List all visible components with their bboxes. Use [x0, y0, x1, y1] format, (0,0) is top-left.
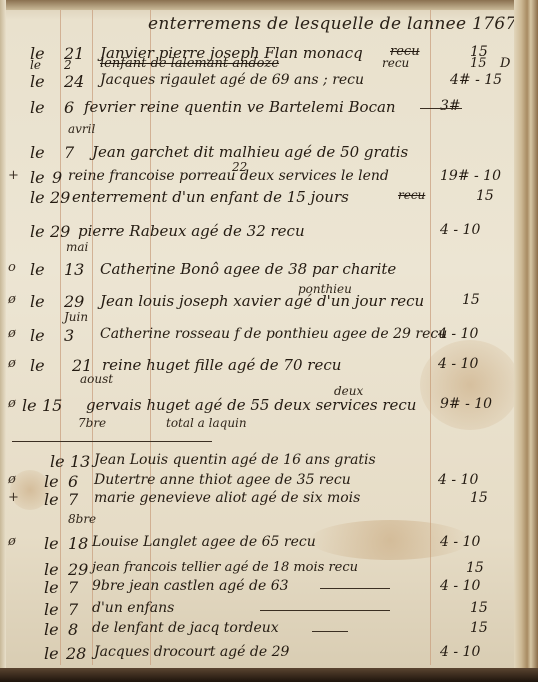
entry-row: ø le 21 reine huget fille agé de 70 recu… — [0, 356, 520, 378]
entry-desc: reine francoise porreau deux services le… — [68, 168, 389, 184]
margin-mark: ø — [8, 472, 16, 487]
entry-desc: Louise Langlet agee de 65 recu — [92, 534, 316, 550]
entry-fee: 3# — [440, 98, 461, 114]
entry-desc: 9bre jean castlen agé de 63 — [92, 578, 289, 594]
entry-row: le 29 enterrement d'un enfant de 15 jour… — [0, 188, 520, 210]
margin-mark: + — [8, 168, 19, 183]
entry-row: o le 13 Catherine Bonô agee de 38 par ch… — [0, 260, 520, 282]
margin-mark: ø — [8, 396, 16, 411]
entry-desc: Catherine Bonô agee de 38 par charite — [100, 260, 396, 278]
entry-le: le — [44, 600, 59, 619]
entry-day: 8 — [68, 620, 78, 639]
entry-day: 29 — [50, 188, 70, 207]
entry-le: le — [30, 222, 45, 241]
entry-fee: 4 - 10 — [438, 326, 478, 342]
month-note-august: aoust — [80, 372, 113, 386]
entry-row: le 13 Jean Louis quentin agé de 16 ans g… — [0, 452, 520, 474]
entry-desc: pierre Rabeux agé de 32 recu — [78, 222, 305, 240]
entry-fee: 15 — [476, 188, 494, 204]
ruled-dash — [260, 610, 390, 611]
entry-day: 7 — [68, 490, 78, 509]
interline-note: total a laquin — [166, 416, 247, 430]
entry-desc: Jean garchet dit malhieu agé de 50 grati… — [92, 143, 408, 161]
month-note-october: 8bre — [68, 512, 96, 526]
entry-le: le — [30, 292, 45, 311]
entry-le: le — [30, 98, 45, 117]
entry-fee: 15 — [462, 292, 480, 308]
entry-day: 28 — [66, 644, 86, 663]
entry-le: le — [30, 356, 45, 375]
entry-day: 2 — [64, 58, 72, 72]
margin-mark: o — [8, 260, 16, 275]
entry-row: le 8 de lenfant de jacq tordeux 15 — [0, 620, 520, 642]
page-title: enterremens de lesquelle de lannee 1767 — [148, 14, 517, 34]
entry-row: le 7 Jean garchet dit malhieu agé de 50 … — [0, 143, 520, 165]
entry-desc: fevrier reine quentin ve Bartelemi Bocan — [84, 98, 396, 116]
entry-day: 7 — [64, 143, 74, 162]
margin-mark: ø — [8, 534, 16, 549]
entry-day: 29 — [68, 560, 88, 579]
entry-le: le — [30, 168, 45, 187]
entry-desc: Jean louis joseph xavier agé d'un jour r… — [100, 292, 424, 310]
entry-row: ø le 3 Catherine rosseau f de ponthieu a… — [0, 326, 520, 348]
entry-desc: de lenfant de jacq tordeux — [92, 620, 279, 636]
entry-day: 13 — [64, 260, 84, 279]
entry-desc: jean francois tellier agé de 18 mois rec… — [92, 560, 358, 575]
entry-desc: reine huget fille agé de 70 recu — [102, 356, 341, 374]
entry-day: 7 — [68, 578, 78, 597]
entry-le: le — [22, 396, 37, 415]
book-binding-bottom — [0, 668, 538, 682]
entry-le: le — [50, 452, 65, 471]
entry-row: + le 9 reine francoise porreau deux serv… — [0, 168, 520, 190]
entry-fee: 4 - 10 — [440, 534, 480, 550]
entry-day: 6 — [68, 472, 78, 491]
entry-le: le — [44, 490, 59, 509]
entry-le: le — [30, 72, 45, 91]
margin-mark: ø — [8, 356, 16, 371]
entry-row: le 24 Jacques rigaulet agé de 69 ans ; r… — [0, 72, 520, 94]
entry-day: 3 — [64, 326, 74, 345]
register-page: enterremens de lesquelle de lannee 1767 … — [0, 0, 538, 668]
entry-desc: Jacques drocourt agé de 29 — [94, 644, 289, 660]
entry-desc: Catherine rosseau f de ponthieu agee de … — [100, 326, 447, 342]
entry-day: 13 — [70, 452, 90, 471]
fee-extra: D — [500, 56, 510, 71]
ruled-dash — [420, 108, 462, 109]
entry-fee: 15 — [470, 56, 487, 71]
month-note-june: Juin — [64, 310, 88, 324]
entry-fee: 9# - 10 — [440, 396, 492, 412]
entry-le: le — [44, 534, 59, 553]
entry-row: le 7 9bre jean castlen agé de 63 4 - 10 — [0, 578, 520, 600]
entry-fee: 19# - 10 — [440, 168, 501, 184]
entry-le: le — [44, 560, 59, 579]
entry-fee: 4 - 10 — [438, 472, 478, 488]
entry-fee: 4 - 10 — [438, 356, 478, 372]
entry-day: 6 — [64, 98, 74, 117]
struck-note: recu — [398, 188, 425, 202]
margin-mark: + — [8, 490, 19, 505]
entry-fee: 15 — [466, 560, 484, 576]
entry-fee: 4# - 15 — [450, 72, 502, 88]
entry-le: le — [30, 143, 45, 162]
entry-fee: 4 - 10 — [440, 222, 480, 238]
entry-fee: 15 — [470, 490, 488, 506]
entry-le: le — [44, 644, 59, 663]
entry-fee: 15 — [470, 600, 488, 616]
entry-le: le — [44, 472, 59, 491]
entry-le: le — [44, 578, 59, 597]
entry-row: + le 7 marie genevieve aliot agé de six … — [0, 490, 520, 512]
entry-row: le 6 fevrier reine quentin ve Bartelemi … — [0, 98, 520, 120]
entry-fee: 4 - 10 — [440, 644, 480, 660]
entry-row: ø le 15 gervais huget agé de 55 deux ser… — [0, 396, 520, 418]
entry-day: 29 — [50, 222, 70, 241]
entry-day: 18 — [68, 534, 88, 553]
entry-day: 7 — [68, 600, 78, 619]
entry-day: 24 — [64, 72, 84, 91]
entry-le: le — [30, 188, 45, 207]
entry-fee: 4 - 10 — [440, 578, 480, 594]
entry-desc: Jacques rigaulet agé de 69 ans ; recu — [100, 72, 364, 88]
entry-desc: Dutertre anne thiot agee de 35 recu — [94, 472, 351, 488]
ruled-dash — [312, 631, 348, 632]
margin-mark: ø — [8, 292, 16, 307]
month-note-may: mai — [66, 240, 88, 254]
ruled-dash — [320, 588, 390, 589]
entry-desc: gervais huget agé de 55 deux services re… — [86, 396, 416, 414]
entry-desc: Jean Louis quentin agé de 16 ans gratis — [94, 452, 376, 468]
entry-le: le — [44, 620, 59, 639]
entry-day: 9 — [52, 168, 62, 187]
entry-row: ø le 18 Louise Langlet agee de 65 recu 4… — [0, 534, 520, 556]
entry-row: le 7 d'un enfans 15 — [0, 600, 520, 622]
entry-day: 29 — [64, 292, 84, 311]
entry-row: le 28 Jacques drocourt agé de 29 4 - 10 — [0, 644, 520, 666]
month-note-september: 7bre — [78, 416, 106, 430]
entry-le: le — [30, 58, 41, 72]
margin-mark: ø — [8, 326, 16, 341]
entry-desc: enterrement d'un enfant de 15 jours — [72, 188, 349, 206]
entry-le: le — [30, 260, 45, 279]
entry-fee: 15 — [470, 620, 488, 636]
book-page-stack-edge — [514, 0, 538, 682]
entry-desc: marie genevieve aliot agé de six mois — [94, 490, 360, 506]
section-divider — [12, 441, 212, 442]
entry-note: recu — [382, 56, 409, 70]
entry-day: 15 — [42, 396, 62, 415]
entry-desc: d'un enfans — [92, 600, 174, 616]
entry-le: le — [30, 326, 45, 345]
entry-desc: lenfant de lalemant andoze — [100, 56, 279, 71]
page-top-edge — [0, 0, 538, 10]
month-note-april: avril — [68, 122, 95, 136]
